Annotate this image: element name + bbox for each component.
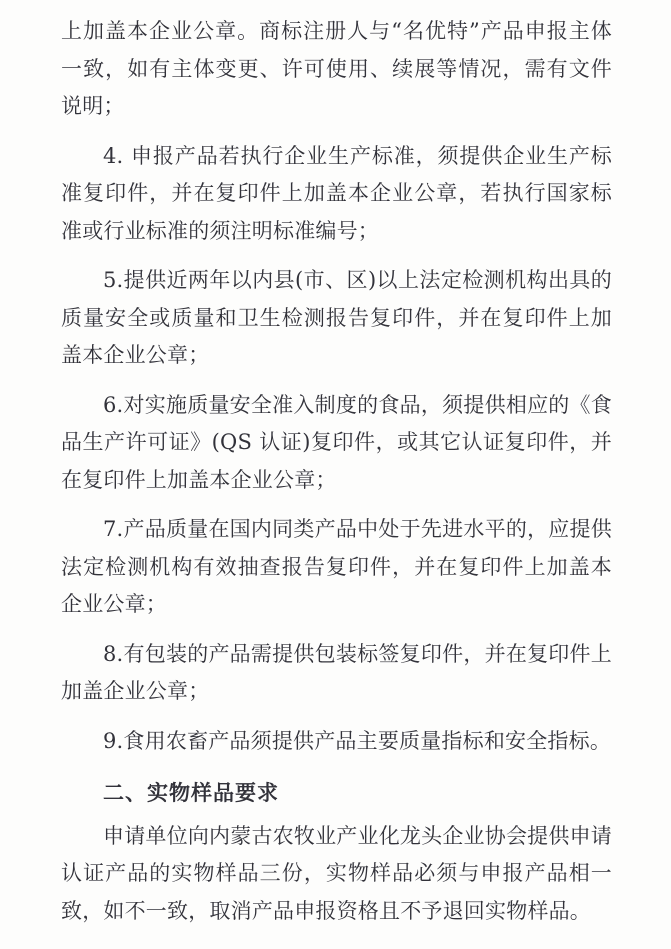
numbered-item-9: 9.食用农畜产品须提供产品主要质量指标和安全指标。: [61, 723, 612, 761]
numbered-item-8: 8.有包装的产品需提供包装标签复印件，并在复印件上加盖企业公章；: [61, 636, 612, 711]
numbered-item-6: 6.对实施质量安全准入制度的食品，须提供相应的《食品生产许可证》(QS 认证)复…: [61, 387, 612, 500]
section-body-physical-samples: 申请单位向内蒙古农牧业产业化龙头企业协会提供申请认证产品的实物样品三份，实物样品…: [61, 818, 612, 931]
continued-paragraph: 上加盖本企业公章。商标注册人与“名优特”产品申报主体一致，如有主体变更、许可使用…: [61, 13, 612, 126]
numbered-item-4: 4. 申报产品若执行企业生产标准，须提供企业生产标准复印件，并在复印件上加盖本企…: [61, 138, 612, 251]
section-heading-physical-samples: 二、实物样品要求: [61, 774, 612, 812]
document-page: 上加盖本企业公章。商标注册人与“名优特”产品申报主体一致，如有主体变更、许可使用…: [0, 0, 671, 949]
numbered-item-5: 5.提供近两年以内县(市、区)以上法定检测机构出具的质量安全或质量和卫生检测报告…: [61, 262, 612, 375]
numbered-item-7: 7.产品质量在国内同类产品中处于先进水平的，应提供法定检测机构有效抽查报告复印件…: [61, 511, 612, 624]
